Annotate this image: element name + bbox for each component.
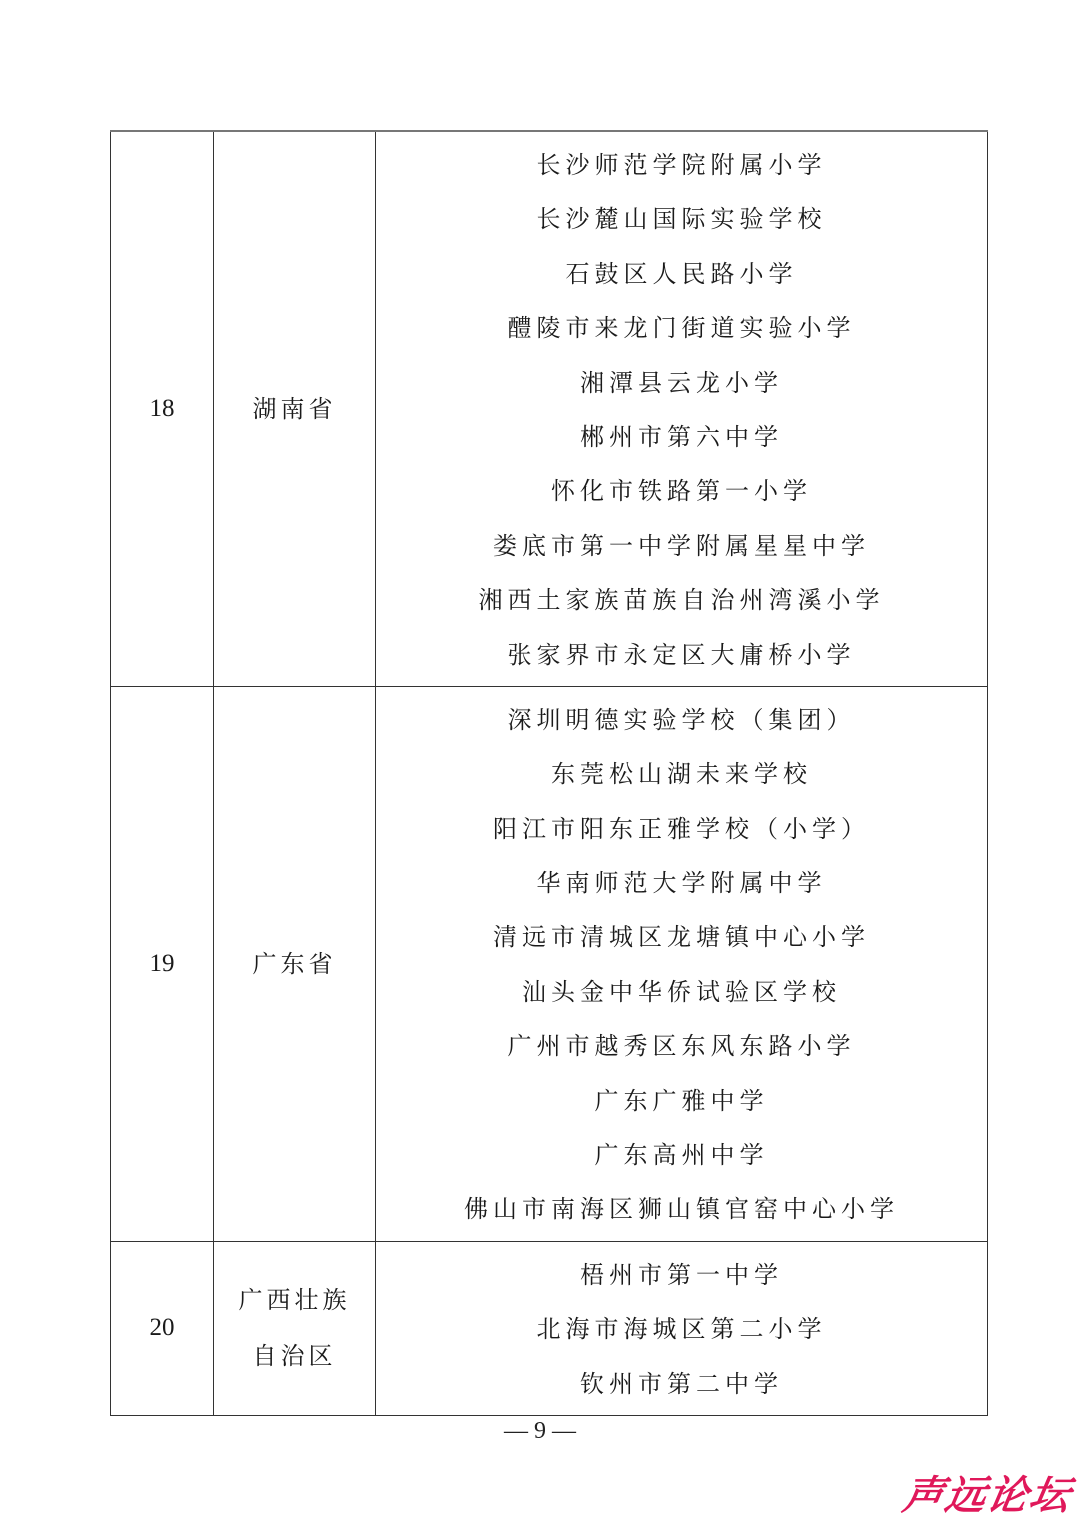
page-number: — 9 — xyxy=(0,1418,1080,1445)
schools-cell: 梧州市第一中学 北海市海城区第二小学 钦州市第二中学 xyxy=(376,1241,988,1415)
school-item: 娄底市第一中学附属星星中学 xyxy=(376,519,987,573)
school-item: 长沙麓山国际实验学校 xyxy=(376,192,987,246)
school-item: 醴陵市来龙门街道实验小学 xyxy=(376,301,987,355)
school-list: 长沙师范学院附属小学 长沙麓山国际实验学校 石鼓区人民路小学 醴陵市来龙门街道实… xyxy=(376,132,987,686)
school-item: 东莞松山湖未来学校 xyxy=(376,747,987,801)
school-item: 湘西土家族苗族自治州湾溪小学 xyxy=(376,573,987,627)
row-number: 19 xyxy=(111,686,214,1241)
schools-cell: 深圳明德实验学校（集团） 东莞松山湖未来学校 阳江市阳东正雅学校（小学） 华南师… xyxy=(376,686,988,1241)
province-cell: 广西壮族 自治区 xyxy=(214,1241,376,1415)
province-name: 湖南省 xyxy=(214,381,375,437)
province-cell: 湖南省 xyxy=(214,131,376,686)
school-item: 广东广雅中学 xyxy=(376,1074,987,1128)
school-item: 石鼓区人民路小学 xyxy=(376,247,987,301)
school-item: 深圳明德实验学校（集团） xyxy=(376,693,987,747)
province-name-line-1: 广西壮族 xyxy=(214,1272,375,1328)
table-row-18: 18 湖南省 长沙师范学院附属小学 长沙麓山国际实验学校 石鼓区人民路小学 醴陵… xyxy=(111,131,988,686)
schools-table: 18 湖南省 长沙师范学院附属小学 长沙麓山国际实验学校 石鼓区人民路小学 醴陵… xyxy=(110,130,988,1416)
table-row-19: 19 广东省 深圳明德实验学校（集团） 东莞松山湖未来学校 阳江市阳东正雅学校（… xyxy=(111,686,988,1241)
school-item: 华南师范大学附属中学 xyxy=(376,856,987,910)
school-item: 汕头金中华侨试验区学校 xyxy=(376,965,987,1019)
table-row-20: 20 广西壮族 自治区 梧州市第一中学 北海市海城区第二小学 钦州市第二中学 xyxy=(111,1241,988,1415)
schools-cell: 长沙师范学院附属小学 长沙麓山国际实验学校 石鼓区人民路小学 醴陵市来龙门街道实… xyxy=(376,131,988,686)
school-item: 长沙师范学院附属小学 xyxy=(376,138,987,192)
watermark-logo: 声远论坛 xyxy=(899,1464,1077,1521)
school-item: 广东高州中学 xyxy=(376,1128,987,1182)
school-item: 张家界市永定区大庸桥小学 xyxy=(376,628,987,682)
school-item: 北海市海城区第二小学 xyxy=(376,1302,987,1356)
province-cell: 广东省 xyxy=(214,686,376,1241)
school-item: 湘潭县云龙小学 xyxy=(376,356,987,410)
school-item: 怀化市铁路第一小学 xyxy=(376,464,987,518)
school-item: 梧州市第一中学 xyxy=(376,1248,987,1302)
row-number: 18 xyxy=(111,131,214,686)
province-name: 广东省 xyxy=(214,936,375,992)
school-item: 阳江市阳东正雅学校（小学） xyxy=(376,802,987,856)
school-item: 清远市清城区龙塘镇中心小学 xyxy=(376,910,987,964)
row-number: 20 xyxy=(111,1241,214,1415)
province-name-line-2: 自治区 xyxy=(214,1328,375,1384)
school-item: 佛山市南海区狮山镇官窑中心小学 xyxy=(376,1182,987,1236)
school-list: 深圳明德实验学校（集团） 东莞松山湖未来学校 阳江市阳东正雅学校（小学） 华南师… xyxy=(376,687,987,1241)
school-item: 钦州市第二中学 xyxy=(376,1357,987,1411)
school-list: 梧州市第一中学 北海市海城区第二小学 钦州市第二中学 xyxy=(376,1242,987,1415)
school-item: 郴州市第六中学 xyxy=(376,410,987,464)
school-item: 广州市越秀区东风东路小学 xyxy=(376,1019,987,1073)
